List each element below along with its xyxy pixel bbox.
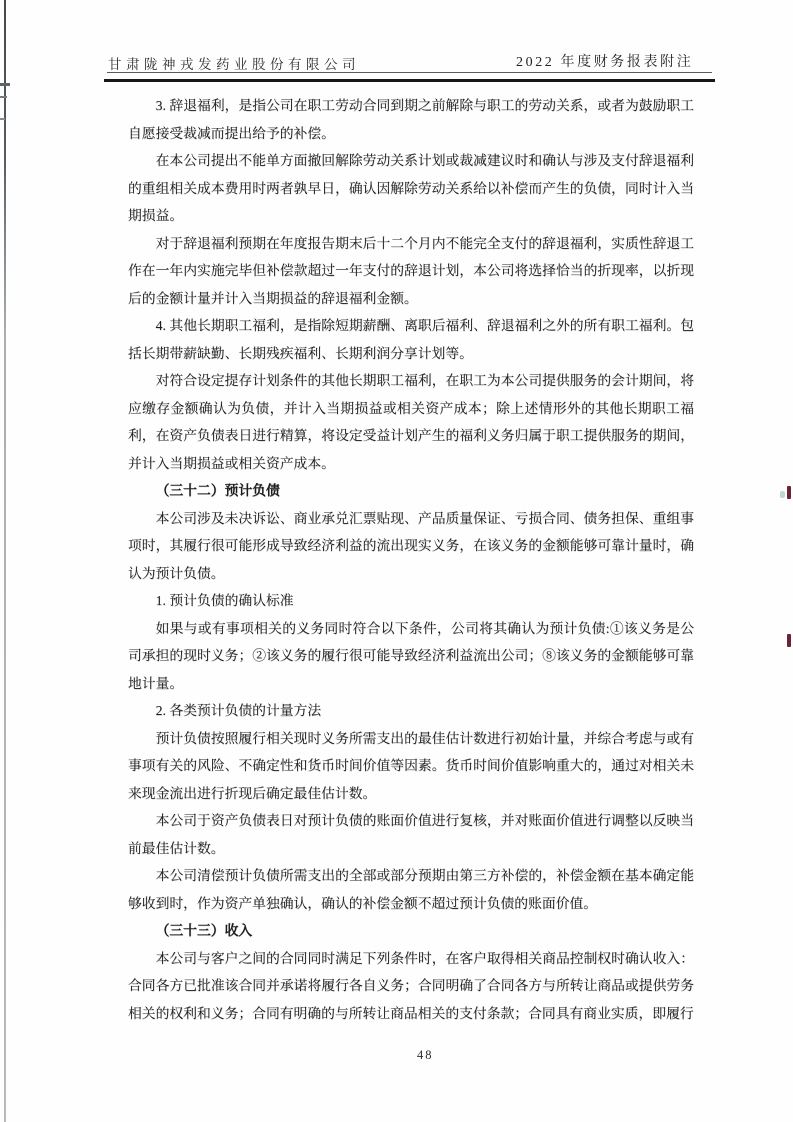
page-number: 48 xyxy=(417,1048,434,1063)
report-title: 2022 年度财务报表附注 xyxy=(516,51,693,71)
red-ink-mark xyxy=(787,634,791,647)
section-heading-revenue: （三十三）收入 xyxy=(128,917,694,945)
paragraph-carrying-amount-review: 本公司于资产负债表日对预计负债的账面价值进行复核，并对账面价值进行调整以反映当前… xyxy=(128,807,694,862)
scan-edge-line-artifact xyxy=(4,0,6,1122)
section-heading-provisions: （三十二）预计负债 xyxy=(128,477,694,505)
document-body: 3. 辞退福利，是指公司在职工劳动合同到期之前解除与职工的劳动关系，或者为鼓励职… xyxy=(128,92,694,1027)
subheading-provision-recognition: 1. 预计负债的确认标准 xyxy=(128,587,694,615)
header-rule-thick xyxy=(104,79,715,82)
scanned-document-page: { "document": { "header": { "company": "… xyxy=(0,0,793,1122)
paragraph-other-longterm-benefits: 4. 其他长期职工福利，是指除短期薪酬、离职后福利、辞退福利之外的所有职工福利。… xyxy=(128,312,694,367)
paragraph-revenue-recognition: 本公司与客户之间的合同同时满足下列条件时，在客户取得相关商品控制权时确认收入：合… xyxy=(128,945,694,1028)
scan-edge-dash-artifact xyxy=(0,96,7,98)
scan-edge-dash-artifact xyxy=(0,83,10,86)
scan-smudge-artifact xyxy=(780,491,785,498)
red-ink-mark xyxy=(787,486,791,499)
header-rule-thin xyxy=(107,72,712,73)
paragraph-measurement-method: 预计负债按照履行相关现时义务所需支出的最佳估计数进行初始计量，并综合考虑与或有事… xyxy=(128,725,694,808)
scan-edge-dash-artifact xyxy=(0,118,5,120)
paragraph-severance-recognition: 在本公司提出不能单方面撤回解除劳动关系计划或裁减建议时和确认与涉及支付辞退福利的… xyxy=(128,147,694,230)
paragraph-thirdparty-reimbursement: 本公司清偿预计负债所需支出的全部或部分预期由第三方补偿的，补偿金额在基本确定能够… xyxy=(128,862,694,917)
subheading-provision-measurement: 2. 各类预计负债的计量方法 xyxy=(128,697,694,725)
paragraph-severance-definition: 3. 辞退福利，是指公司在职工劳动合同到期之前解除与职工的劳动关系，或者为鼓励职… xyxy=(128,92,694,147)
paragraph-provision-conditions: 如果与或有事项相关的义务同时符合以下条件，公司将其确认为预计负债:①该义务是公司… xyxy=(128,615,694,698)
company-name: 甘肃陇神戎发药业股份有限公司 xyxy=(108,53,360,73)
paragraph-provisions-scope: 本公司涉及未决诉讼、商业承兑汇票贴现、产品质量保证、亏损合同、债务担保、重组事项… xyxy=(128,505,694,588)
paragraph-defined-contribution: 对符合设定提存计划条件的其他长期职工福利，在职工为本公司提供服务的会计期间，将应… xyxy=(128,367,694,477)
paragraph-severance-discounting: 对于辞退福利预期在年度报告期末后十二个月内不能完全支付的辞退福利，实质性辞退工作… xyxy=(128,230,694,313)
